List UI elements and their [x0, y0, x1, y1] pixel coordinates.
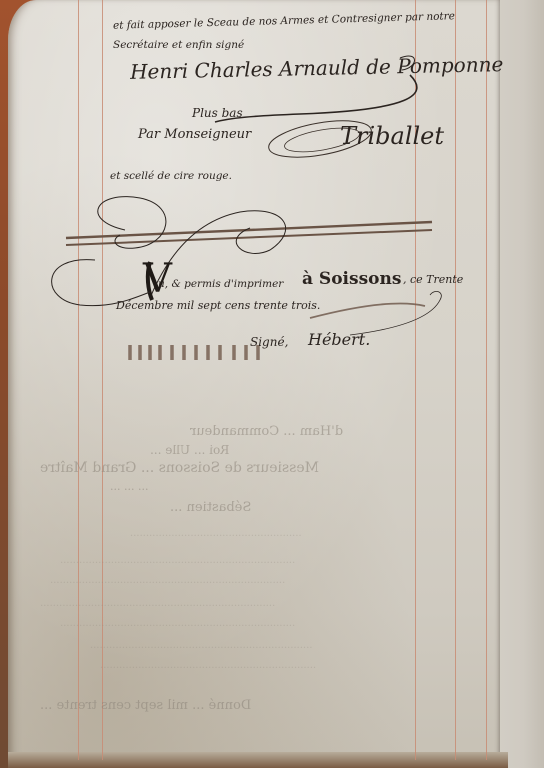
margin-rule-right-1 — [415, 0, 416, 760]
bleedthrough-line: ........................................… — [90, 640, 313, 651]
bleedthrough-line: d'Ham ... Commandeur — [190, 424, 343, 439]
text-par-monseigneur: Par Monseigneur — [138, 127, 251, 142]
bleedthrough-line: ........................................… — [60, 618, 295, 629]
page-bottom-edge — [8, 752, 508, 768]
text-permis-imprimer: u, & permis d'imprimer — [158, 278, 283, 290]
bleedthrough-line: ........................................… — [100, 660, 316, 671]
signature-hebert: Hébert. — [308, 330, 370, 349]
bleedthrough-line: Donné ... mil sept cens trente ... — [40, 698, 251, 713]
text-date: Décembre mil sept cens trente trois. — [116, 299, 320, 312]
text-scelle-cire-rouge: et scellé de cire rouge. — [110, 170, 232, 182]
text-a-soissons: à Soissons — [302, 269, 401, 289]
bleedthrough-line: Roi ... Ulle ... — [150, 443, 229, 457]
bleedthrough-line: ... ... ... — [110, 480, 148, 493]
signature-triballet: Triballet — [340, 122, 444, 150]
text-plus-bas: Plus bas — [192, 106, 243, 120]
text-ce-trente: , ce Trente — [403, 273, 463, 286]
margin-rule-right-3 — [486, 0, 487, 760]
bleedthrough-line: Sébastien ... — [170, 500, 251, 515]
margin-rule-right-2 — [455, 0, 456, 760]
bleedthrough-line: ........................................… — [50, 575, 285, 586]
margin-rule-left-outer — [78, 0, 79, 760]
bleedthrough-line: ........................................… — [60, 555, 295, 566]
text-signe: Signé, — [250, 335, 288, 349]
bleedthrough-line: ........................................… — [130, 528, 302, 539]
bleedthrough-line: ........................................… — [40, 598, 275, 609]
text-line-secretaire: Secrétaire et enfin signé — [113, 39, 244, 51]
bleedthrough-line: Messieurs de Soissons ... Grand Maître — [40, 460, 319, 476]
